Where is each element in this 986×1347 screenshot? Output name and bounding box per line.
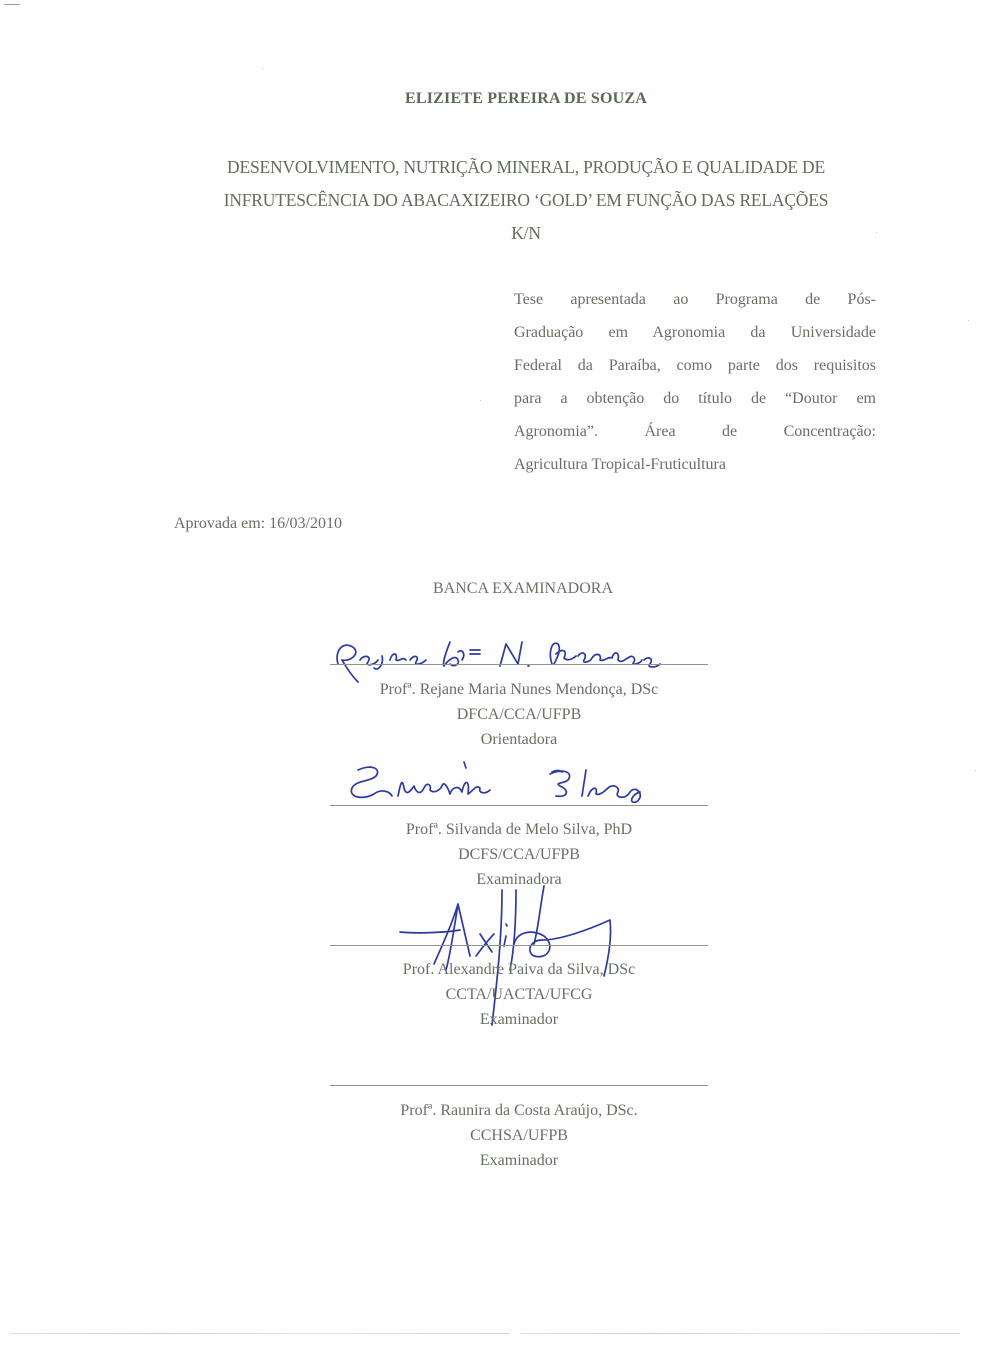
- author-name: ELIZIETE PEREIRA DE SOUZA: [0, 90, 986, 108]
- scan-speck: [262, 68, 263, 69]
- statement-line: Graduação em Agronomia da Universidade: [514, 316, 876, 349]
- scan-speck: [975, 770, 976, 771]
- member-role: Orientadora: [330, 727, 708, 752]
- signature-line: [330, 664, 708, 665]
- member-affiliation: CCTA/UACTA/UFCG: [330, 982, 708, 1007]
- statement-line: Agricultura Tropical-Fruticultura: [514, 448, 876, 481]
- committee-heading: BANCA EXAMINADORA: [0, 580, 986, 598]
- signature-line: [330, 945, 708, 946]
- member-affiliation: DCFS/CCA/UFPB: [330, 842, 708, 867]
- scan-bottom-edge: [520, 1333, 960, 1334]
- signature-line: [330, 1085, 708, 1086]
- title-line: DESENVOLVIMENTO, NUTRIÇÃO MINERAL, PRODU…: [180, 151, 872, 184]
- statement-line: Tese apresentada ao Programa de Pós-: [514, 283, 876, 316]
- member-affiliation: DFCA/CCA/UFPB: [330, 702, 708, 727]
- member-role: Examinador: [330, 1148, 708, 1173]
- statement-line: para a obtenção do título de “Doutor em: [514, 382, 876, 415]
- scanned-page: ELIZIETE PEREIRA DE SOUZA DESENVOLVIMENT…: [0, 0, 986, 1347]
- signature-line: [330, 805, 708, 806]
- committee-member: Profª. Silvanda de Melo Silva, PhD DCFS/…: [330, 770, 708, 900]
- scan-speck: [968, 320, 969, 321]
- member-name: Profª. Raunira da Costa Araújo, DSc.: [330, 1098, 708, 1123]
- member-name: Prof. Alexandre Paiva da Silva, DSc: [330, 957, 708, 982]
- committee-member: Profª. Rejane Maria Nunes Mendonça, DSc …: [330, 630, 708, 760]
- approval-date: Aprovada em: 16/03/2010: [174, 515, 342, 533]
- thesis-statement: Tese apresentada ao Programa de Pós- Gra…: [514, 283, 876, 481]
- member-name: Profª. Silvanda de Melo Silva, PhD: [330, 817, 708, 842]
- title-line: K/N: [180, 217, 872, 250]
- member-role: Examinador: [330, 1007, 708, 1032]
- signature-image: [330, 758, 730, 818]
- statement-line: Federal da Paraíba, como parte dos requi…: [514, 349, 876, 382]
- statement-line: Agronomia”. Área de Concentração:: [514, 415, 876, 448]
- title-line: INFRUTESCÊNCIA DO ABACAXIZEIRO ‘GOLD’ EM…: [180, 184, 872, 217]
- signature-image: [330, 630, 710, 675]
- committee-member: Prof. Alexandre Paiva da Silva, DSc CCTA…: [330, 910, 708, 1040]
- scan-speck: [480, 400, 481, 401]
- scan-corner-mark: [4, 4, 20, 5]
- member-name: Profª. Rejane Maria Nunes Mendonça, DSc: [330, 677, 708, 702]
- scan-speck: [876, 232, 877, 233]
- committee-member: Profª. Raunira da Costa Araújo, DSc. CCH…: [330, 1050, 708, 1180]
- thesis-title: DESENVOLVIMENTO, NUTRIÇÃO MINERAL, PRODU…: [180, 151, 872, 250]
- scan-bottom-edge: [10, 1333, 510, 1334]
- member-affiliation: CCHSA/UFPB: [330, 1123, 708, 1148]
- member-role: Examinadora: [330, 867, 708, 892]
